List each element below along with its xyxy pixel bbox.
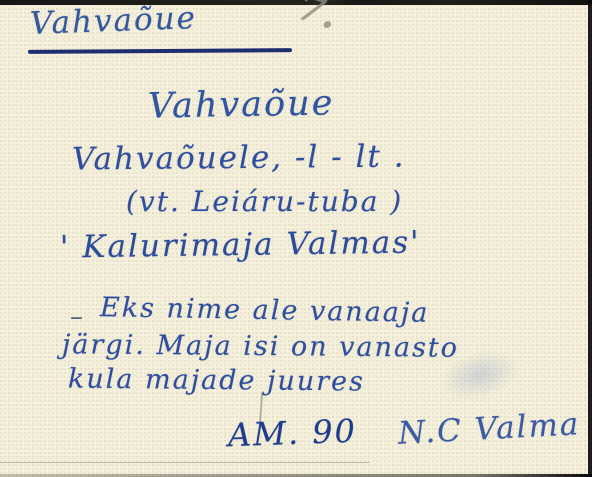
- photo-edge-right: [588, 0, 592, 477]
- note-leading-dash: –: [70, 304, 85, 330]
- pencil-corner-mark: 7.: [293, 0, 342, 35]
- entry-title: Vahvaõue: [148, 86, 335, 124]
- entry-name-line: ' Kalurimaja Valmas': [60, 227, 421, 263]
- archive-card-scan: Vahvaõue 7. Vahvaõue Vahvaõuele, -l - lt…: [0, 0, 592, 477]
- entry-declension-forms: Vahvaõuele, -l - lt .: [72, 142, 406, 176]
- note-line: kula majade juures: [68, 365, 365, 395]
- collector-signature: N.C Valma: [397, 409, 581, 450]
- inventory-number: AM. 90: [227, 415, 357, 451]
- entry-cross-reference: (vt. Leiáru-tuba ): [126, 188, 403, 216]
- header-underline: [28, 48, 292, 54]
- note-line: Eks nime ale vanaaja: [100, 294, 430, 327]
- card-header-keyword: Vahvaõue: [30, 3, 198, 40]
- note-line: järgi. Maja isi on vanasto: [62, 331, 459, 361]
- card-bottom-crease: [0, 462, 370, 463]
